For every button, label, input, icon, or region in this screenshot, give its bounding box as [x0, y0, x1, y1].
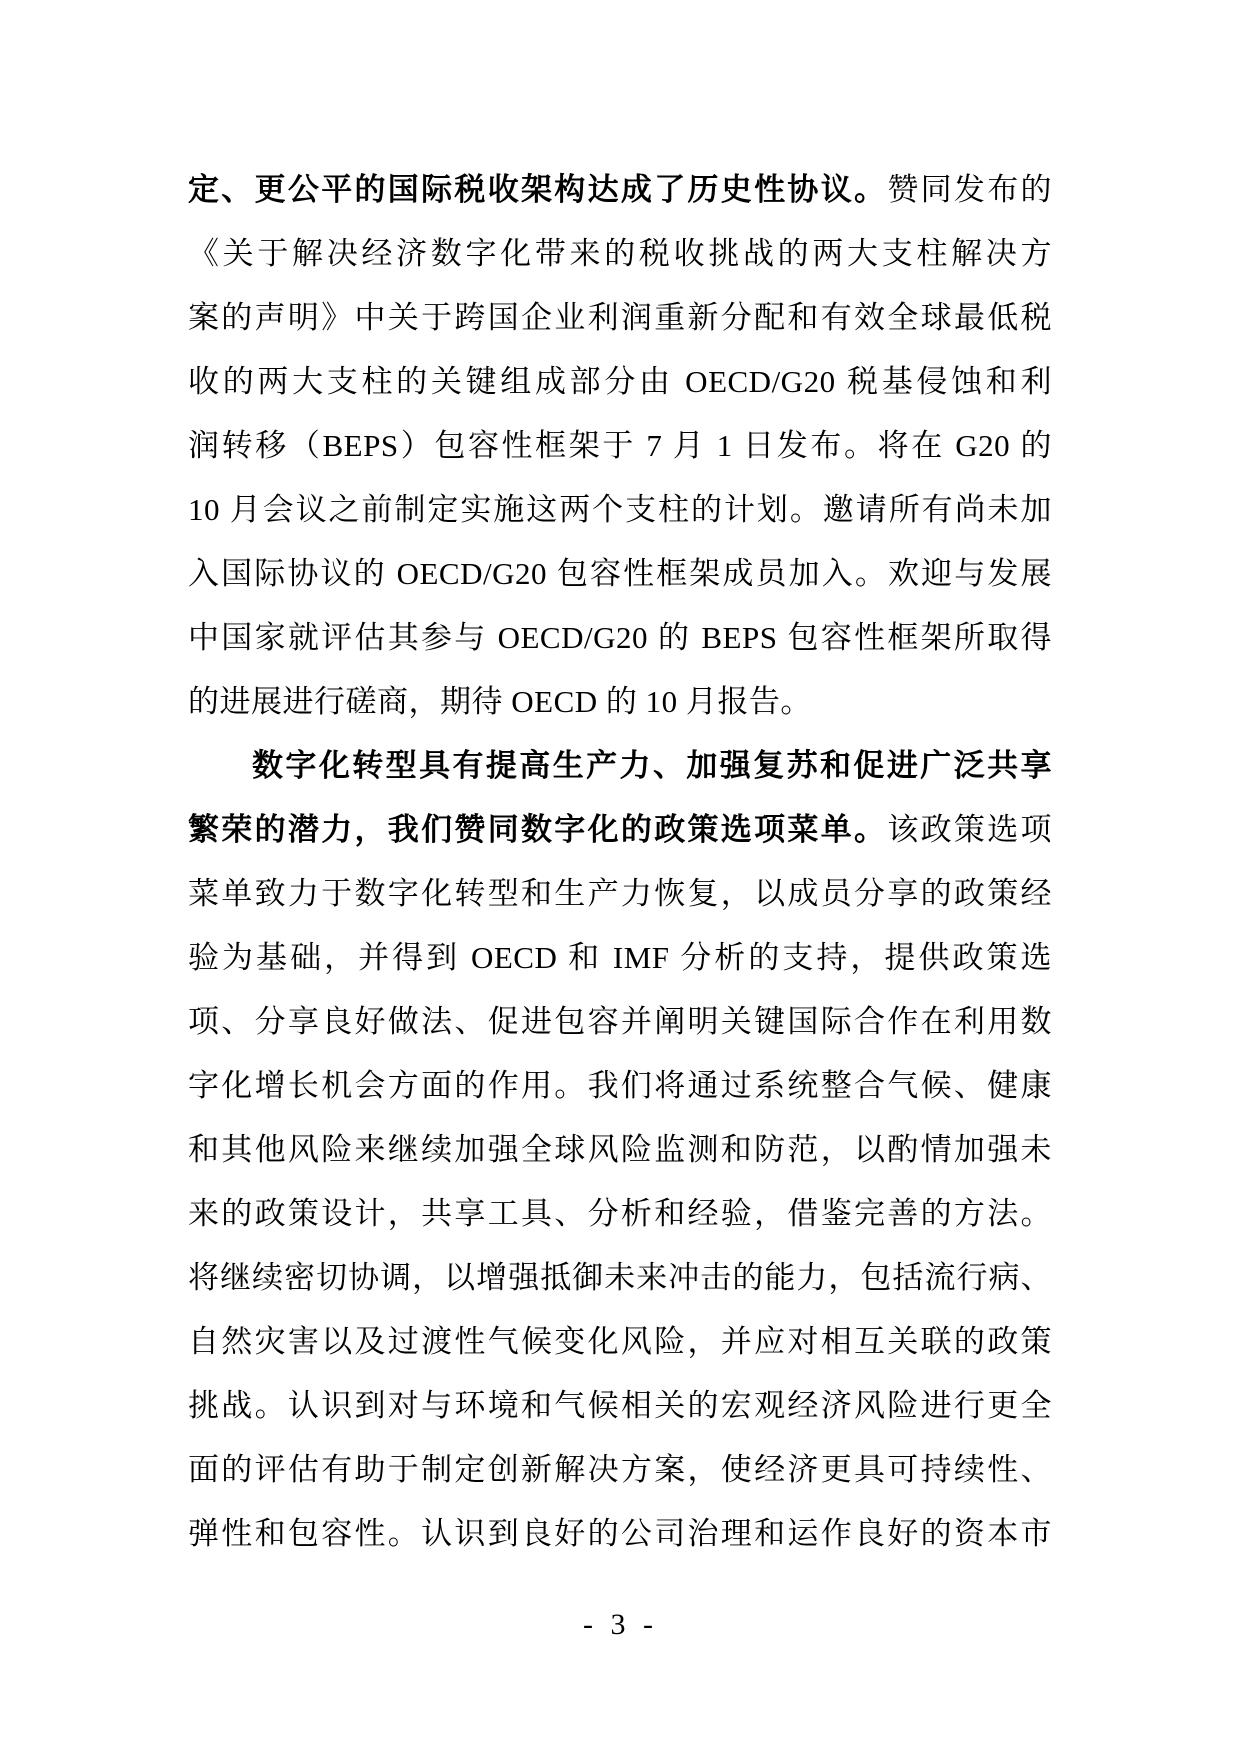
text-line: 字化增长机会方面的作用。我们将通过系统整合气候、健康: [188, 1054, 1052, 1118]
bold-text-segment: 定、更公平的国际税收架构达成了历史性协议。: [188, 172, 887, 207]
page-number: - 3 -: [0, 1608, 1241, 1642]
text-line: 入国际协议的 OECD/G20 包容性框架成员加入。欢迎与发展: [188, 542, 1052, 606]
text-line: 和其他风险来继续加强全球风险监测和防范，以酌情加强未: [188, 1118, 1052, 1182]
text-line: 菜单致力于数字化转型和生产力恢复，以成员分享的政策经: [188, 862, 1052, 926]
text-line: 挑战。认识到对与环境和气候相关的宏观经济风险进行更全: [188, 1374, 1052, 1438]
bold-text-segment: 数字化转型具有提高生产力、加强复苏和促进广泛共享: [252, 748, 1052, 783]
text-segment: 该政策选项: [887, 812, 1052, 847]
text-line: 面的评估有助于制定创新解决方案，使经济更具可持续性、: [188, 1438, 1052, 1502]
text-line: 《关于解决经济数字化带来的税收挑战的两大支柱解决方: [188, 222, 1052, 286]
text-line: 案的声明》中关于跨国企业利润重新分配和有效全球最低税: [188, 286, 1052, 350]
text-segment: 将继续密切协调，以增强抵御未来冲击的能力，包括流行病、: [188, 1260, 1052, 1295]
text-segment: 案的声明》中关于跨国企业利润重新分配和有效全球最低税: [188, 300, 1052, 335]
text-segment: 自然灾害以及过渡性气候变化风险，并应对相互关联的政策: [188, 1324, 1052, 1359]
text-segment: 字化增长机会方面的作用。我们将通过系统整合气候、健康: [188, 1068, 1052, 1103]
text-segment: 项、分享良好做法、促进包容并阐明关键国际合作在利用数: [188, 1004, 1052, 1039]
text-segment: 菜单致力于数字化转型和生产力恢复，以成员分享的政策经: [188, 876, 1052, 911]
text-line: 润转移（BEPS）包容性框架于 7 月 1 日发布。将在 G20 的: [188, 414, 1052, 478]
text-line: 项、分享良好做法、促进包容并阐明关键国际合作在利用数: [188, 990, 1052, 1054]
text-segment: 收的两大支柱的关键组成部分由 OECD/G20 税基侵蚀和利: [188, 364, 1052, 399]
text-segment: 来的政策设计，共享工具、分析和经验，借鉴完善的方法。: [188, 1196, 1052, 1231]
text-line: 中国家就评估其参与 OECD/G20 的 BEPS 包容性框架所取得: [188, 606, 1052, 670]
text-segment: 挑战。认识到对与环境和气候相关的宏观经济风险进行更全: [188, 1388, 1052, 1423]
text-segment: 《关于解决经济数字化带来的税收挑战的两大支柱解决方: [188, 236, 1052, 271]
text-segment: 中国家就评估其参与 OECD/G20 的 BEPS 包容性框架所取得: [188, 620, 1052, 655]
text-line: 繁荣的潜力，我们赞同数字化的政策选项菜单。该政策选项: [188, 798, 1052, 862]
text-line: 来的政策设计，共享工具、分析和经验，借鉴完善的方法。: [188, 1182, 1052, 1246]
text-line: 弹性和包容性。认识到良好的公司治理和运作良好的资本市: [188, 1502, 1052, 1566]
text-segment: 赞同发布的: [887, 172, 1052, 207]
text-segment: 弹性和包容性。认识到良好的公司治理和运作良好的资本市: [188, 1516, 1052, 1551]
text-line: 定、更公平的国际税收架构达成了历史性协议。赞同发布的: [188, 158, 1052, 222]
text-line: 数字化转型具有提高生产力、加强复苏和促进广泛共享: [188, 734, 1052, 798]
text-line: 收的两大支柱的关键组成部分由 OECD/G20 税基侵蚀和利: [188, 350, 1052, 414]
text-segment: 入国际协议的 OECD/G20 包容性框架成员加入。欢迎与发展: [188, 556, 1052, 591]
text-line: 验为基础，并得到 OECD 和 IMF 分析的支持，提供政策选: [188, 926, 1052, 990]
document-page: 定、更公平的国际税收架构达成了历史性协议。赞同发布的《关于解决经济数字化带来的税…: [0, 0, 1241, 1754]
text-segment: 的进展进行磋商，期待 OECD 的 10 月报告。: [188, 684, 812, 719]
text-line: 10 月会议之前制定实施这两个支柱的计划。邀请所有尚未加: [188, 478, 1052, 542]
text-segment: 润转移（BEPS）包容性框架于 7 月 1 日发布。将在 G20 的: [188, 428, 1052, 463]
text-line: 的进展进行磋商，期待 OECD 的 10 月报告。: [188, 670, 1052, 734]
text-line: 自然灾害以及过渡性气候变化风险，并应对相互关联的政策: [188, 1310, 1052, 1374]
document-body: 定、更公平的国际税收架构达成了历史性协议。赞同发布的《关于解决经济数字化带来的税…: [188, 158, 1052, 1566]
text-segment: 和其他风险来继续加强全球风险监测和防范，以酌情加强未: [188, 1132, 1052, 1167]
text-segment: 验为基础，并得到 OECD 和 IMF 分析的支持，提供政策选: [188, 940, 1052, 975]
text-segment: 10 月会议之前制定实施这两个支柱的计划。邀请所有尚未加: [188, 492, 1052, 527]
text-line: 将继续密切协调，以增强抵御未来冲击的能力，包括流行病、: [188, 1246, 1052, 1310]
text-segment: 面的评估有助于制定创新解决方案，使经济更具可持续性、: [188, 1452, 1052, 1487]
bold-text-segment: 繁荣的潜力，我们赞同数字化的政策选项菜单。: [188, 812, 887, 847]
